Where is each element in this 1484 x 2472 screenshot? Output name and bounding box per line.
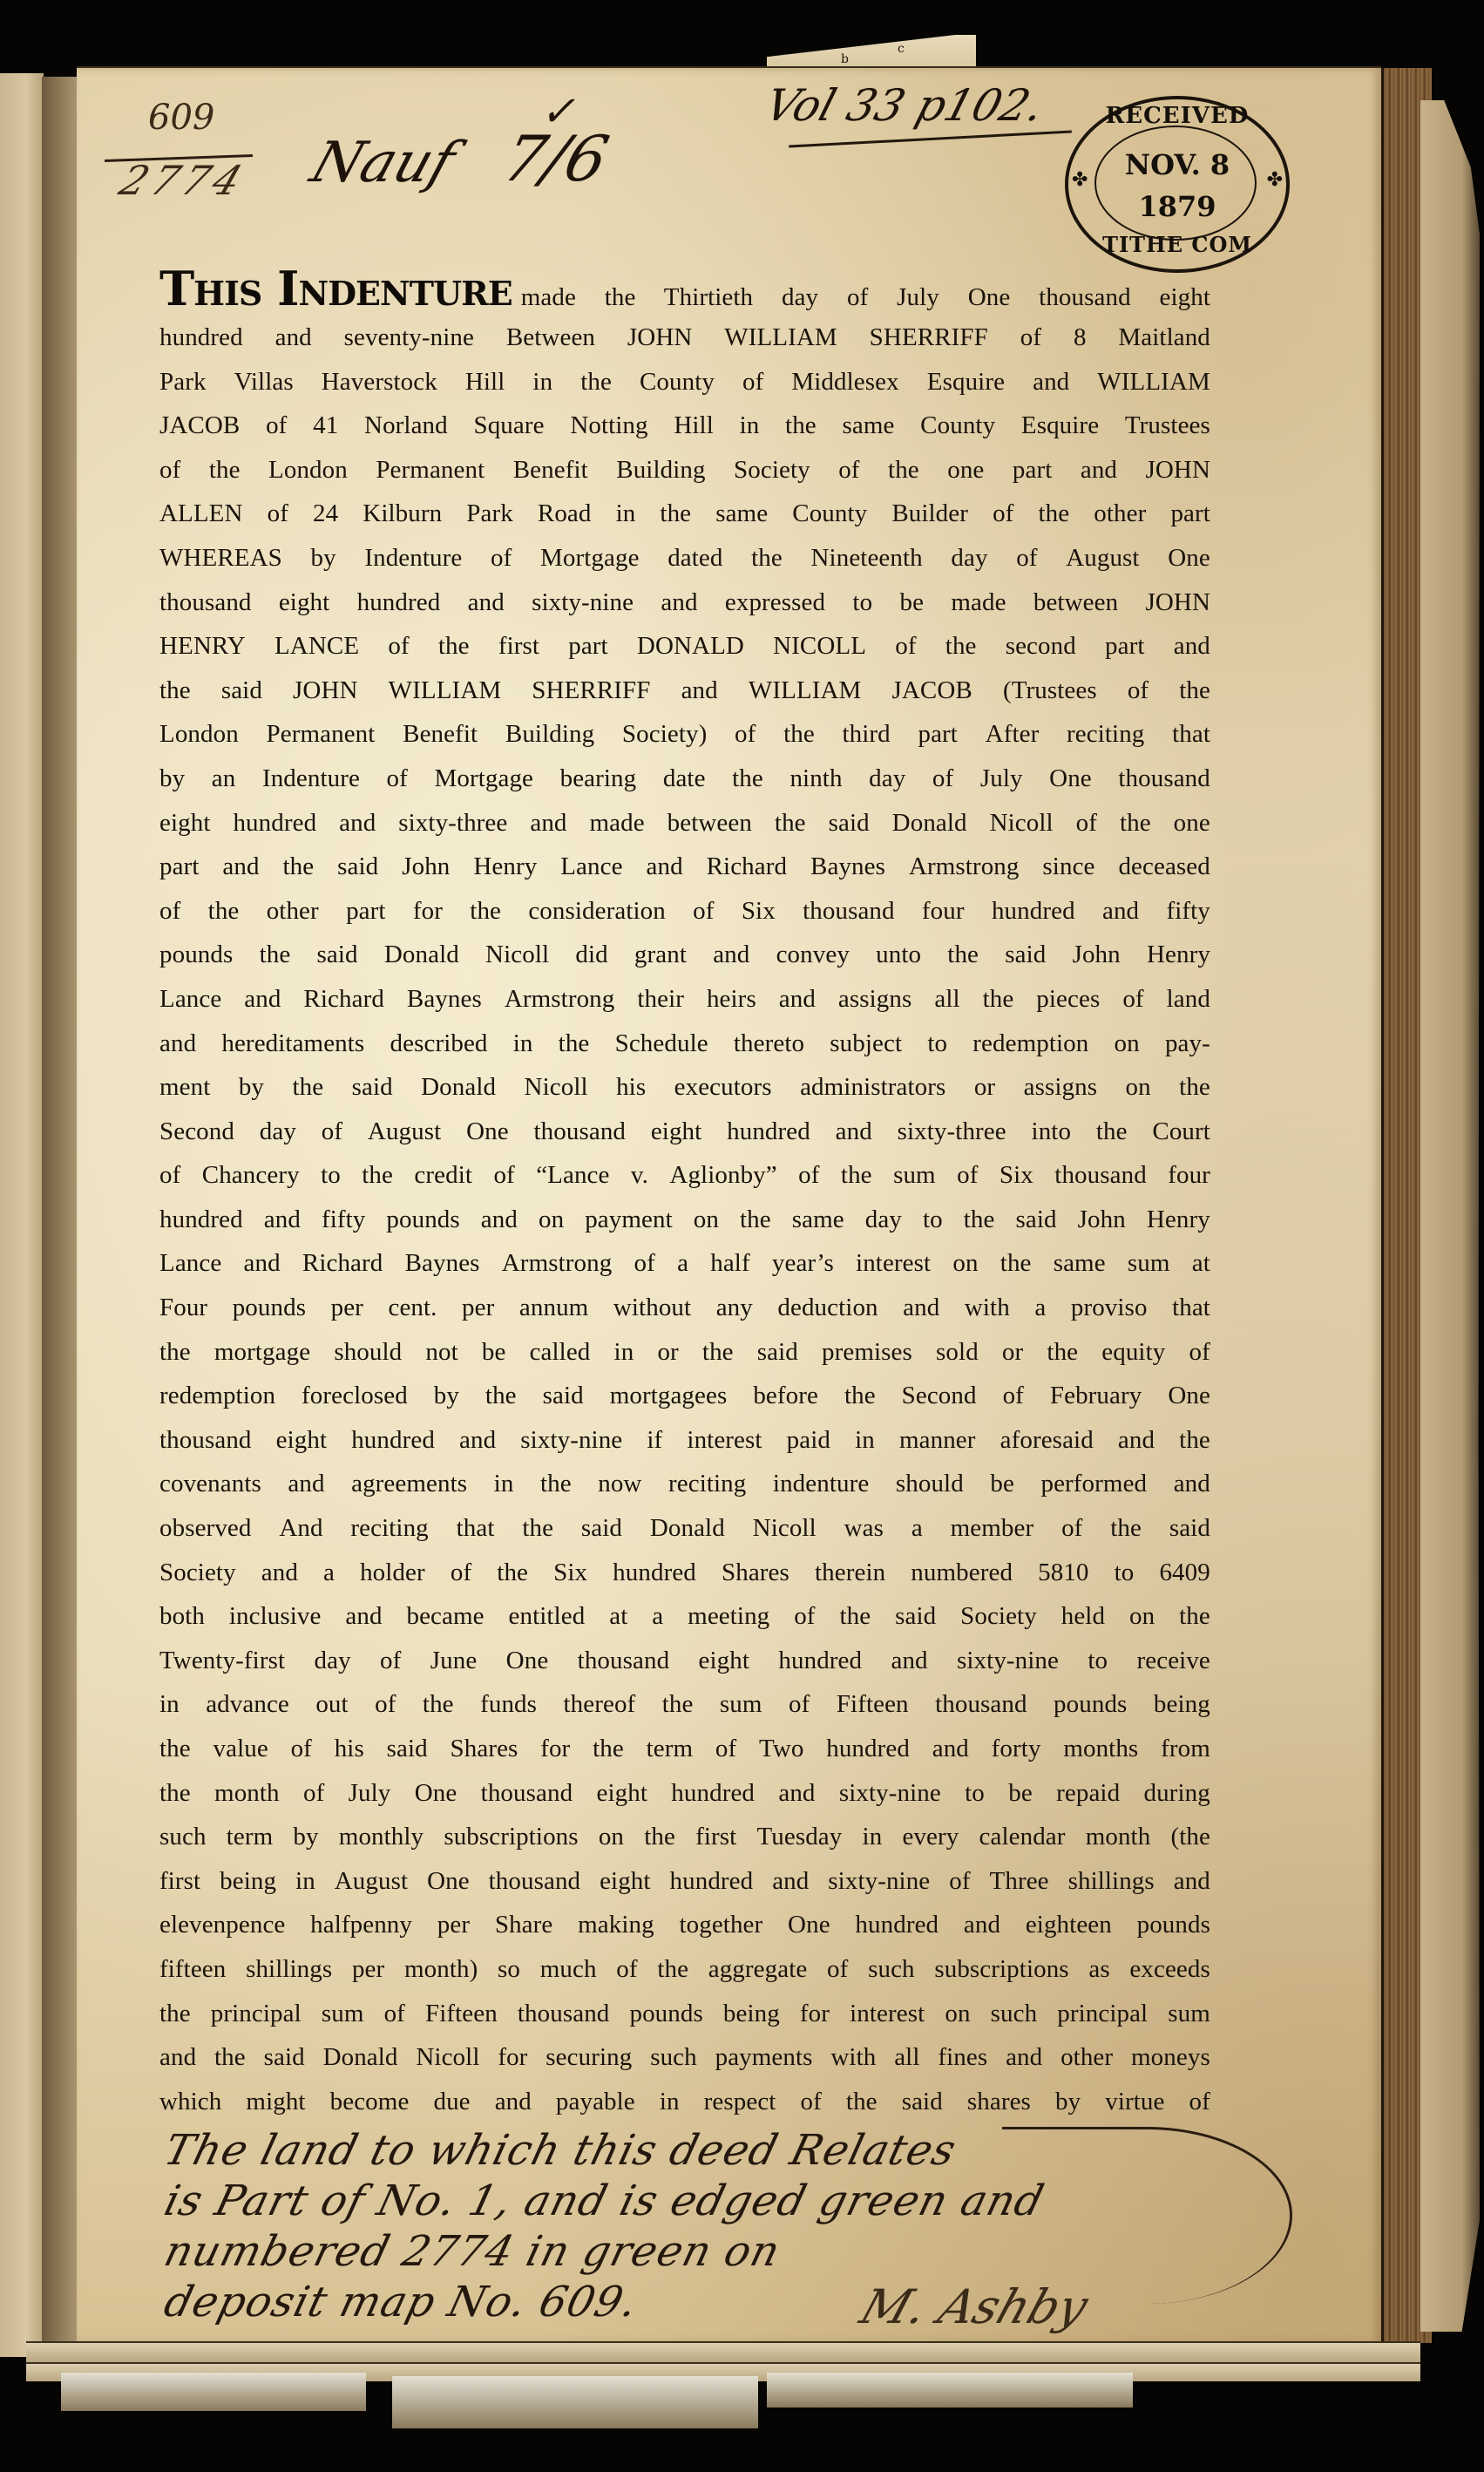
deed-line: Fourpoundspercent.perannumwithoutanydedu… xyxy=(159,1286,1210,1330)
stamp-inner-ring xyxy=(1094,126,1257,241)
bottom-page-edges xyxy=(26,2341,1420,2420)
stamp-tithe-text: TITHE COM xyxy=(1068,232,1286,257)
deed-line: eighthundredandsixty-threeandmadebetween… xyxy=(159,801,1210,846)
handwritten-line: numbered 2774 in green on xyxy=(159,2226,1304,2277)
deed-body: This Indenture made the Thirtieth day of… xyxy=(159,261,1210,2123)
deed-line: LondonPermanentBenefitBuildingSociety)of… xyxy=(159,712,1210,757)
signature: M. Ashby xyxy=(854,2279,1095,2334)
deed-line: thevalueofhissaidSharesforthetermofTwohu… xyxy=(159,1727,1210,1771)
torn-edge xyxy=(767,2373,1133,2407)
plot-number-annotation: 2774 xyxy=(113,157,254,204)
deed-line: thesaidJOHNWILLIAMSHERRIFFandWILLIAMJACO… xyxy=(159,669,1210,713)
deed-line: This Indenture made the Thirtieth day of… xyxy=(159,261,1210,316)
deed-line: ofChancerytothecreditof“Lancev.Aglionby”… xyxy=(159,1153,1210,1198)
deed-line: thousandeighthundredandsixty-nineandexpr… xyxy=(159,581,1210,625)
volume-reference: Vol 33 p102. xyxy=(760,80,1050,131)
torn-edge xyxy=(392,2376,758,2428)
checkmark-icon: ✓ xyxy=(540,87,575,136)
deed-line: mentbythesaidDonaldNicollhisexecutorsadm… xyxy=(159,1065,1210,1110)
handwritten-line: deposit map No. 609. xyxy=(159,2277,1304,2327)
deed-line: fifteenshillingspermonth)somuchoftheaggr… xyxy=(159,1947,1210,1992)
deed-line: thousandeighthundredandsixty-nineifinter… xyxy=(159,1418,1210,1463)
deed-line: firstbeinginAugustOnethousandeighthundre… xyxy=(159,1859,1210,1904)
received-stamp: RECEIVED NOV. 8 1879 TITHE COM ✤ ✤ xyxy=(1065,96,1290,273)
deed-line: JACOBof41NorlandSquareNottingHillinthesa… xyxy=(159,404,1210,448)
deed-line: inadvanceoutofthefundsthereofthesumofFif… xyxy=(159,1682,1210,1727)
deed-line: LanceandRichardBaynesArmstrongtheirheirs… xyxy=(159,977,1210,1022)
deed-line: LanceandRichardBaynesArmstrongofahalfyea… xyxy=(159,1241,1210,1286)
ornament-icon: ✤ xyxy=(1267,169,1283,191)
tab-mark: b xyxy=(841,52,849,66)
deed-line: redemptionforeclosedbythesaidmortgageesb… xyxy=(159,1374,1210,1418)
deed-line: HENRYLANCEofthefirstpartDONALDNICOLLofth… xyxy=(159,624,1210,669)
handwritten-line: The land to which this deed Relates xyxy=(159,2125,1304,2176)
handwritten-note: The land to which this deed Relates is P… xyxy=(166,2125,1298,2327)
deed-line: themortgageshouldnotbecalledinorthesaidp… xyxy=(159,1330,1210,1375)
facing-page-edge xyxy=(0,73,44,2357)
torn-edge xyxy=(61,2373,366,2411)
deed-line: themonthofJulyOnethousandeighthundredand… xyxy=(159,1771,1210,1816)
deed-line: SocietyandaholderoftheSixhundredSharesth… xyxy=(159,1551,1210,1595)
map-number-annotation: 609 xyxy=(148,98,214,138)
deed-title: This Indenture xyxy=(159,261,512,316)
deed-line-text: made the Thirtieth day of July One thous… xyxy=(521,270,1210,324)
deed-line: oftheotherpartfortheconsiderationofSixth… xyxy=(159,889,1210,934)
handwritten-line: is Part of No. 1, and is edged green and xyxy=(159,2176,1304,2226)
deed-line: partandthesaidJohnHenryLanceandRichardBa… xyxy=(159,845,1210,889)
deed-line: covenantsandagreementsinthenowrecitingin… xyxy=(159,1462,1210,1506)
stamp-date: NOV. 8 xyxy=(1068,148,1286,181)
deed-line: SeconddayofAugustOnethousandeighthundred… xyxy=(159,1110,1210,1154)
ornament-icon: ✤ xyxy=(1072,169,1088,191)
deed-line: andhereditamentsdescribedintheScheduleth… xyxy=(159,1022,1210,1066)
deed-line: observedAndrecitingthatthesaidDonaldNico… xyxy=(159,1506,1210,1551)
deed-line: Twenty-firstdayofJuneOnethousandeighthun… xyxy=(159,1639,1210,1683)
deed-line: elevenpencehalfpennyperSharemakingtogeth… xyxy=(159,1903,1210,1947)
bottom-edge-strip xyxy=(26,2341,1420,2362)
tab-mark: c xyxy=(898,42,905,56)
stamp-year: 1879 xyxy=(1068,190,1286,223)
deed-line: theprincipalsumofFifteenthousandpoundsbe… xyxy=(159,1992,1210,2036)
deed-line: byanIndentureofMortgagebearingdatethenin… xyxy=(159,757,1210,801)
deed-line: whichmightbecomedueandpayableinrespectof… xyxy=(159,2080,1210,2124)
deed-line: bothinclusiveandbecameentitledatameeting… xyxy=(159,1594,1210,1639)
stamp-received-text: RECEIVED xyxy=(1068,103,1286,129)
deed-line: hundredandfiftypoundsandonpaymentonthesa… xyxy=(159,1198,1210,1242)
deed-line: ParkVillasHaverstockHillintheCountyofMid… xyxy=(159,360,1210,404)
deed-line: suchtermbymonthlysubscriptionsonthefirst… xyxy=(159,1815,1210,1859)
deed-line: oftheLondonPermanentBenefitBuildingSocie… xyxy=(159,448,1210,492)
deed-line: poundsthesaidDonaldNicolldidgrantandconv… xyxy=(159,933,1210,977)
deed-line: ALLENof24KilburnParkRoadinthesameCountyB… xyxy=(159,492,1210,536)
deed-line: WHEREASbyIndentureofMortgagedatedtheNine… xyxy=(159,536,1210,581)
nauf-annotation: Nauf xyxy=(303,131,463,195)
deed-line: andthesaidDonaldNicollforsecuringsuchpay… xyxy=(159,2035,1210,2080)
torn-page-fringe xyxy=(1420,100,1480,2332)
